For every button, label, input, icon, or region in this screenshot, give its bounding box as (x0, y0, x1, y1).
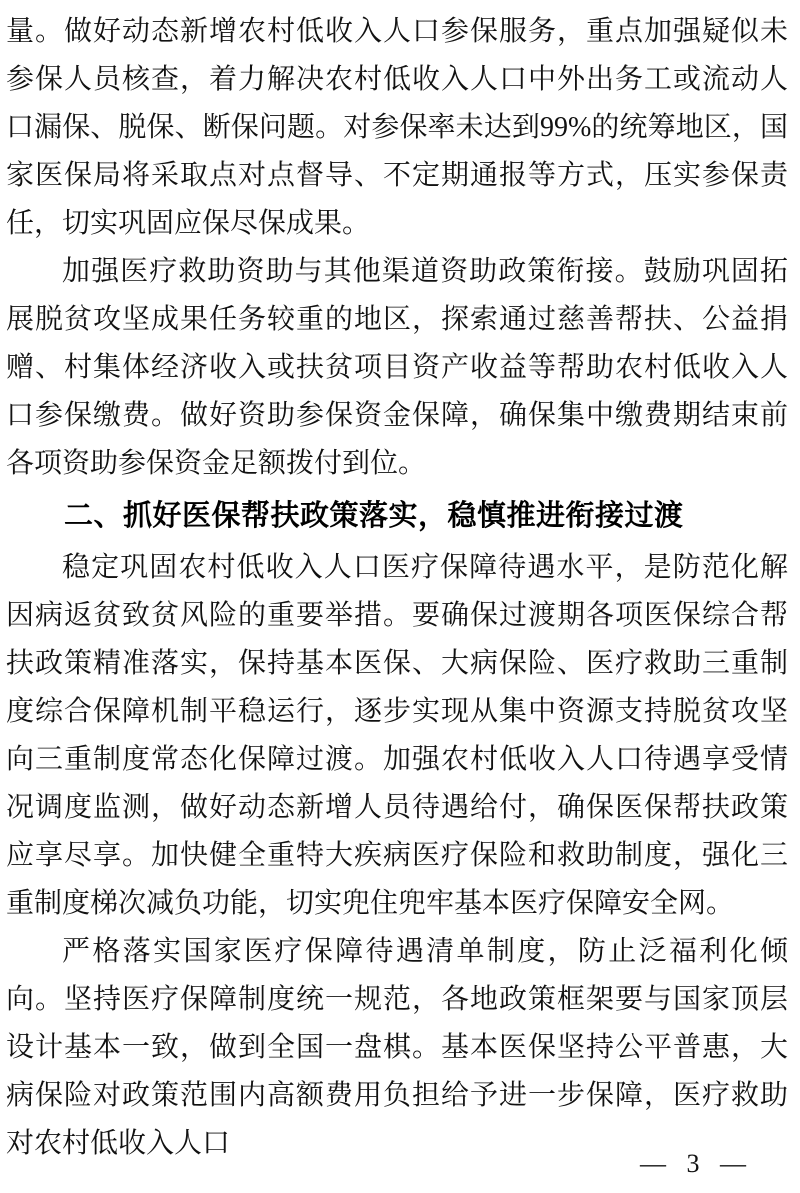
paragraph-benefit-level: 稳定巩固农村低收入人口医疗保障待遇水平，是防范化解因病返贫致贫风险的重要举措。要… (6, 544, 788, 928)
page-footer: — 3 — (640, 1149, 748, 1179)
section-heading-2: 二、抓好医保帮扶政策落实，稳慎推进衔接过渡 (6, 488, 788, 544)
document-body: 量。做好动态新增农村低收入人口参保服务，重点加强疑似未参保人员核查，着力解决农村… (0, 0, 800, 1168)
page-number: — 3 — (640, 1149, 748, 1178)
paragraph-assist-funding: 加强医疗救助资助与其他渠道资助政策衔接。鼓励巩固拓展脱贫攻坚成果任务较重的地区，… (6, 248, 788, 488)
paragraph-continued-from-previous-page: 量。做好动态新增农村低收入人口参保服务，重点加强疑似未参保人员核查，着力解决农村… (6, 8, 788, 248)
paragraph-benefit-list: 严格落实国家医疗保障待遇清单制度，防止泛福利化倾向。坚持医疗保障制度统一规范，各… (6, 928, 788, 1168)
document-page: 量。做好动态新增农村低收入人口参保服务，重点加强疑似未参保人员核查，着力解决农村… (0, 0, 800, 1193)
